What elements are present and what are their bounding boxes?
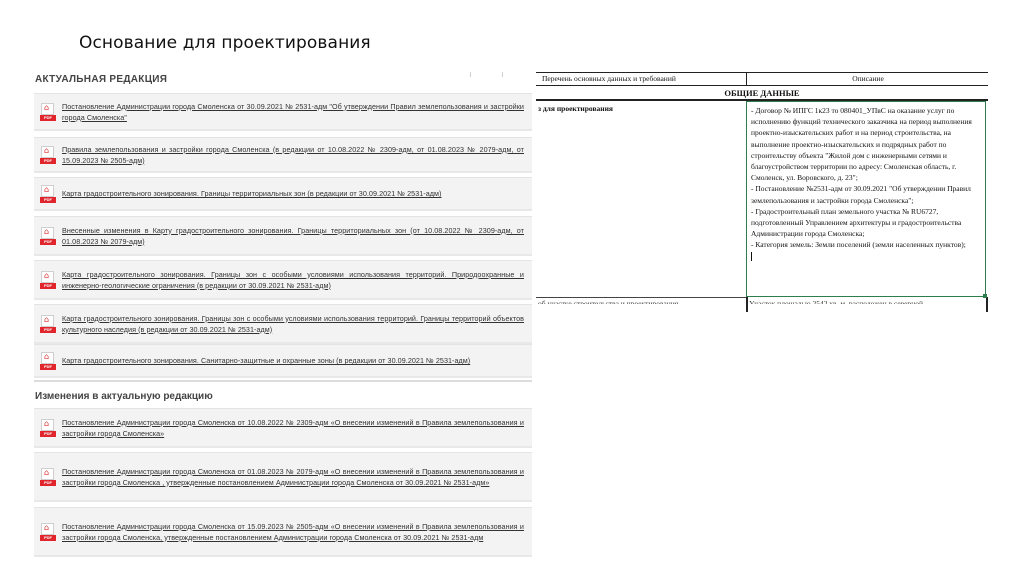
document-list-item[interactable]: ⌂PDFПостановление Администрации города С…	[34, 408, 532, 448]
desc-land-category: - Категория земель: Земли поселений (зем…	[751, 239, 979, 250]
pdf-file-icon[interactable]: ⌂PDF	[40, 146, 56, 164]
current-edition-heading: АКТУАЛЬНАЯ РЕДАКЦИЯ	[32, 74, 170, 85]
decorative-ticks	[470, 72, 510, 76]
document-link[interactable]: Карта градостроительного зонирования. Са…	[62, 355, 524, 366]
document-link[interactable]: Постановление Администрации города Смоле…	[62, 466, 524, 488]
document-link[interactable]: Карта градостроительного зонирования. Гр…	[62, 313, 524, 335]
document-link[interactable]: Карта градостроительного зонирования. Гр…	[62, 188, 524, 199]
desc-resolution: - Постановление №2531-адм от 30.09.2021 …	[751, 183, 979, 205]
column-border	[986, 297, 988, 312]
table-header: Перечень основных данных и требований Оп…	[536, 72, 988, 86]
column-divider	[746, 297, 748, 312]
general-data-section: ОБЩИЕ ДАННЫЕ	[536, 86, 988, 101]
document-list-item[interactable]: ⌂PDFКарта градостроительного зонирования…	[34, 344, 532, 378]
header-data-list: Перечень основных данных и требований	[542, 74, 676, 83]
row-label-site: об участке строительства и проектировани…	[538, 299, 678, 308]
row-label-basis: з для проектирования	[538, 104, 613, 113]
pdf-file-icon[interactable]: ⌂PDF	[40, 185, 56, 203]
cell-fill-handle[interactable]	[983, 294, 987, 298]
pdf-file-icon[interactable]: ⌂PDF	[40, 419, 56, 437]
changes-heading: Изменения в актуальную редакцию	[32, 391, 216, 402]
document-list-item[interactable]: ⌂PDFПостановление Администрации города С…	[34, 452, 532, 502]
document-list-item[interactable]: ⌂PDFВнесенные изменения в Карту градостр…	[34, 216, 532, 256]
pdf-file-icon[interactable]: ⌂PDF	[40, 271, 56, 289]
desc-gpzu: - Градостроительный план земельного учас…	[751, 206, 979, 240]
document-link[interactable]: Постановление Администрации города Смоле…	[62, 101, 524, 123]
pdf-file-icon[interactable]: ⌂PDF	[40, 352, 56, 370]
document-link[interactable]: Постановление Администрации города Смоле…	[62, 521, 524, 543]
row-desc-site: Участок площадью 2542 кв. м, расположен …	[749, 299, 923, 308]
pdf-file-icon[interactable]: ⌂PDF	[40, 227, 56, 245]
slide-title: Основание для проектирования	[79, 33, 371, 53]
document-list-item[interactable]: ⌂PDFКарта градостроительного зонирования…	[34, 304, 532, 344]
selected-cell-description[interactable]: - Договор № ИПГС 1к23 то 080401_УПвС на …	[746, 101, 986, 297]
document-list-item[interactable]: ⌂PDFПостановление Администрации города С…	[34, 507, 532, 557]
document-list-item[interactable]: ⌂PDFПостановление Администрации города С…	[34, 93, 532, 131]
document-list-item[interactable]: ⌂PDFКарта градостроительного зонирования…	[34, 260, 532, 300]
document-link[interactable]: Правила землепользования и застройки гор…	[62, 144, 524, 166]
requirements-table: Перечень основных данных и требований Оп…	[536, 72, 988, 312]
header-description: Описание	[746, 73, 988, 85]
text-cursor	[751, 252, 752, 261]
desc-contract: - Договор № ИПГС 1к23 то 080401_УПвС на …	[751, 105, 979, 183]
document-link[interactable]: Постановление Администрации города Смоле…	[62, 417, 524, 439]
pdf-file-icon[interactable]: ⌂PDF	[40, 315, 56, 333]
pdf-file-icon[interactable]: ⌂PDF	[40, 103, 56, 121]
documents-panel: АКТУАЛЬНАЯ РЕДАКЦИЯ ⌂PDFПостановление Ад…	[32, 66, 534, 566]
document-list-item[interactable]: ⌂PDFПравила землепользования и застройки…	[34, 137, 532, 173]
document-link[interactable]: Внесенные изменения в Карту градостроите…	[62, 225, 524, 247]
row-divider	[536, 297, 746, 298]
section-divider	[34, 380, 532, 382]
document-list-item[interactable]: ⌂PDFКарта градостроительного зонирования…	[34, 177, 532, 211]
pdf-file-icon[interactable]: ⌂PDF	[40, 468, 56, 486]
pdf-file-icon[interactable]: ⌂PDF	[40, 523, 56, 541]
document-link[interactable]: Карта градостроительного зонирования. Гр…	[62, 269, 524, 291]
